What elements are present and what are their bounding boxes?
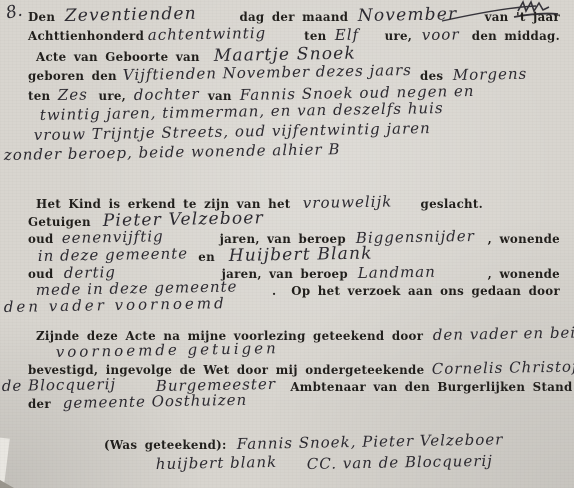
handwritten-text: den vader voornoemd bbox=[4, 294, 227, 316]
handwritten-text: de Blocquerij bbox=[2, 375, 117, 395]
scanned-birth-certificate: 8. DenZeventiendendag der maandNovemberv… bbox=[0, 0, 574, 488]
printed-text: Getuigen bbox=[28, 215, 91, 229]
printed-text: jaren, van beroep bbox=[222, 267, 348, 281]
printed-text: ure, bbox=[98, 89, 126, 103]
line-witness-2-details: ouddertigjaren, van beroepLandman, wonen… bbox=[28, 264, 560, 281]
document-lines: DenZeventiendendag der maandNovembervan … bbox=[28, 6, 560, 475]
section-birth-declaration: DenZeventiendendag der maandNovembervan … bbox=[28, 6, 560, 166]
act-number: 8. bbox=[4, 1, 24, 24]
section-closing: Zijnde deze Acte na mijne voorlezing get… bbox=[28, 326, 560, 411]
handwritten-text: Zes bbox=[58, 85, 98, 104]
printed-text: Den bbox=[28, 10, 55, 24]
handwritten-text: Cornelis Christoffel van bbox=[432, 356, 574, 378]
handwritten-text: achtentwintig bbox=[148, 23, 304, 44]
line-mother-residence: zonder beroep, beide wonende alhier B bbox=[28, 146, 560, 166]
printed-text: (Was geteekend): bbox=[104, 438, 227, 452]
scan-corner-shadow bbox=[0, 480, 14, 488]
line-official-title: de BlocquerijBurgemeesterAmbtenaar van d… bbox=[28, 377, 560, 394]
handwritten-text: eenenvijftig bbox=[61, 226, 219, 247]
printed-text: ure, bbox=[385, 29, 413, 43]
line-read-signed: Zijnde deze Acte na mijne voorlezing get… bbox=[28, 326, 560, 343]
handwritten-text: Elf bbox=[334, 25, 384, 44]
line-witness-1-details: oudeenenvijftigjaren, van beroepBiggensn… bbox=[28, 229, 560, 246]
printed-text: geslacht. bbox=[421, 197, 484, 211]
handwritten-text: Zeventienden bbox=[65, 3, 240, 26]
line-year-time: AchttienhonderdachtentwintigtenElfure,vo… bbox=[28, 26, 560, 46]
printed-text: . Op het verzoek aan ons gedaan door bbox=[272, 284, 560, 298]
line-witness-2-name: in deze gemeenteenHuijbert Blank bbox=[28, 246, 560, 263]
line-municipality: dergemeente Oosthuizen bbox=[28, 394, 560, 411]
line-birth-date: geboren denVijftienden November dezes ja… bbox=[28, 66, 560, 86]
handwritten-text: gemeente Oosthuizen bbox=[63, 391, 248, 412]
printed-text: oud bbox=[28, 267, 54, 281]
handwritten-text: huijbert blank bbox=[156, 453, 278, 473]
printed-text: van 't jaar bbox=[485, 10, 560, 24]
line-witness-1-name: GetuigenPieter Velzeboer bbox=[28, 211, 560, 228]
printed-text: Ambtenaar van den Burgerlijken Stand bbox=[290, 380, 572, 394]
line-aforementioned-witnesses: voornoemde getuigen bbox=[28, 343, 560, 360]
section-acknowledgment-witnesses: Het Kind is erkend te zijn van hetvrouwe… bbox=[28, 194, 560, 316]
handwritten-text: CC. van de Blocquerij bbox=[307, 451, 493, 472]
handwritten-text: Huijbert Blank bbox=[229, 244, 373, 267]
printed-text: , wonende bbox=[488, 267, 560, 281]
printed-text: der bbox=[28, 397, 51, 411]
handwritten-text: dochter bbox=[134, 85, 200, 104]
printed-text: oud bbox=[28, 232, 54, 246]
printed-text: Achttienhonderd bbox=[28, 29, 144, 43]
handwritten-text: vrouwelijk bbox=[302, 192, 420, 212]
line-signatures-2: huijbert blankCC. van de Blocquerij bbox=[104, 455, 560, 475]
printed-text: , wonende bbox=[488, 232, 560, 246]
handwritten-text: Biggensnijder bbox=[356, 227, 475, 247]
printed-text: Acte van Geboorte van bbox=[36, 50, 200, 64]
printed-text: ten bbox=[28, 89, 50, 103]
scan-edge-artifact bbox=[0, 438, 10, 485]
printed-text: dag der maand bbox=[239, 10, 348, 24]
printed-text: des bbox=[420, 69, 443, 83]
printed-text: van bbox=[208, 89, 232, 103]
handwritten-text: voor bbox=[422, 25, 470, 44]
handwritten-text: Vijftienden November dezes jaars bbox=[123, 61, 412, 84]
printed-text: geboren den bbox=[28, 69, 117, 83]
handwritten-text: Landman bbox=[358, 262, 436, 281]
handwritten-text: den vader en beide bbox=[433, 323, 574, 344]
printed-text: den middag. bbox=[472, 29, 560, 43]
handwritten-text: Fannis Snoek, Pieter Velzeboer bbox=[236, 430, 503, 453]
line-requested-by: den vader voornoemd bbox=[28, 298, 560, 315]
handwritten-text: voornoemde getuigen bbox=[56, 339, 279, 361]
line-gender: Het Kind is erkend te zijn van hetvrouwe… bbox=[28, 194, 560, 211]
section-signatures: (Was geteekend):Fannis Snoek, Pieter Vel… bbox=[104, 435, 560, 475]
handwritten-text: November bbox=[358, 4, 485, 26]
printed-text: ten bbox=[304, 29, 326, 43]
